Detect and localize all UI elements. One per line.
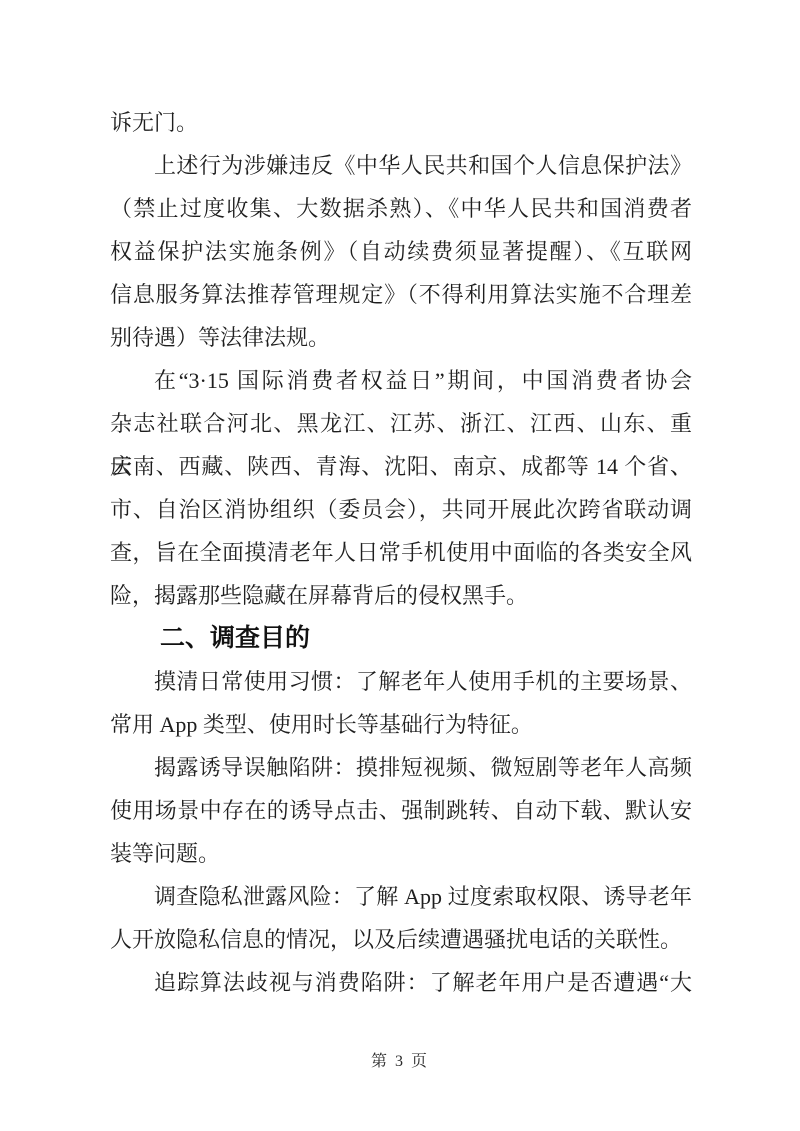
text-line: 装等问题。 [110,832,692,875]
text-line: 调查隐私泄露风险：了解 App 过度索取权限、诱导老年 [110,875,692,918]
body-text: 诉无门。 上述行为涉嫌违反《中华人民共和国个人信息保护法》 （禁止过度收集、大数… [110,101,692,1004]
text-line: 信息服务算法推荐管理规定》（不得利用算法实施不合理差 [110,273,692,316]
text-line: 杂志社联合河北、黑龙江、江苏、浙江、江西、山东、重庆、 [110,402,692,445]
text-line: 常用 App 类型、使用时长等基础行为特征。 [110,703,692,746]
text-line: 查，旨在全面摸清老年人日常手机使用中面临的各类安全风 [110,531,692,574]
text-line: 在“3·15 国际消费者权益日”期间，中国消费者协会 [110,359,692,402]
text-line: 险，揭露那些隐藏在屏幕背后的侵权黑手。 [110,574,692,617]
text-line: 云南、西藏、陕西、青海、沈阳、南京、成都等 14 个省、 [110,445,692,488]
text-line: 权益保护法实施条例》（自动续费须显著提醒）、《互联网 [110,230,692,273]
text-line: 上述行为涉嫌违反《中华人民共和国个人信息保护法》 [110,144,692,187]
text-line: 摸清日常使用习惯：了解老年人使用手机的主要场景、 [110,660,692,703]
page-number: 第 3 页 [0,1040,800,1083]
text-line: 揭露诱导误触陷阱：摸排短视频、微短剧等老年人高频 [110,746,692,789]
text-line: 人开放隐私信息的情况，以及后续遭遇骚扰电话的关联性。 [110,918,692,961]
text-line: 使用场景中存在的诱导点击、强制跳转、自动下载、默认安 [110,789,692,832]
document-page: 诉无门。 上述行为涉嫌违反《中华人民共和国个人信息保护法》 （禁止过度收集、大数… [0,0,800,1131]
text-line: 别待遇）等法律法规。 [110,316,692,359]
section-heading-survey-purpose: 二、调查目的 [110,617,692,660]
text-line: 追踪算法歧视与消费陷阱：了解老年用户是否遭遇“大 [110,961,692,1004]
text-line: 诉无门。 [110,101,692,144]
text-line: （禁止过度收集、大数据杀熟）、《中华人民共和国消费者 [110,187,692,230]
text-line: 市、自治区消协组织（委员会），共同开展此次跨省联动调 [110,488,692,531]
